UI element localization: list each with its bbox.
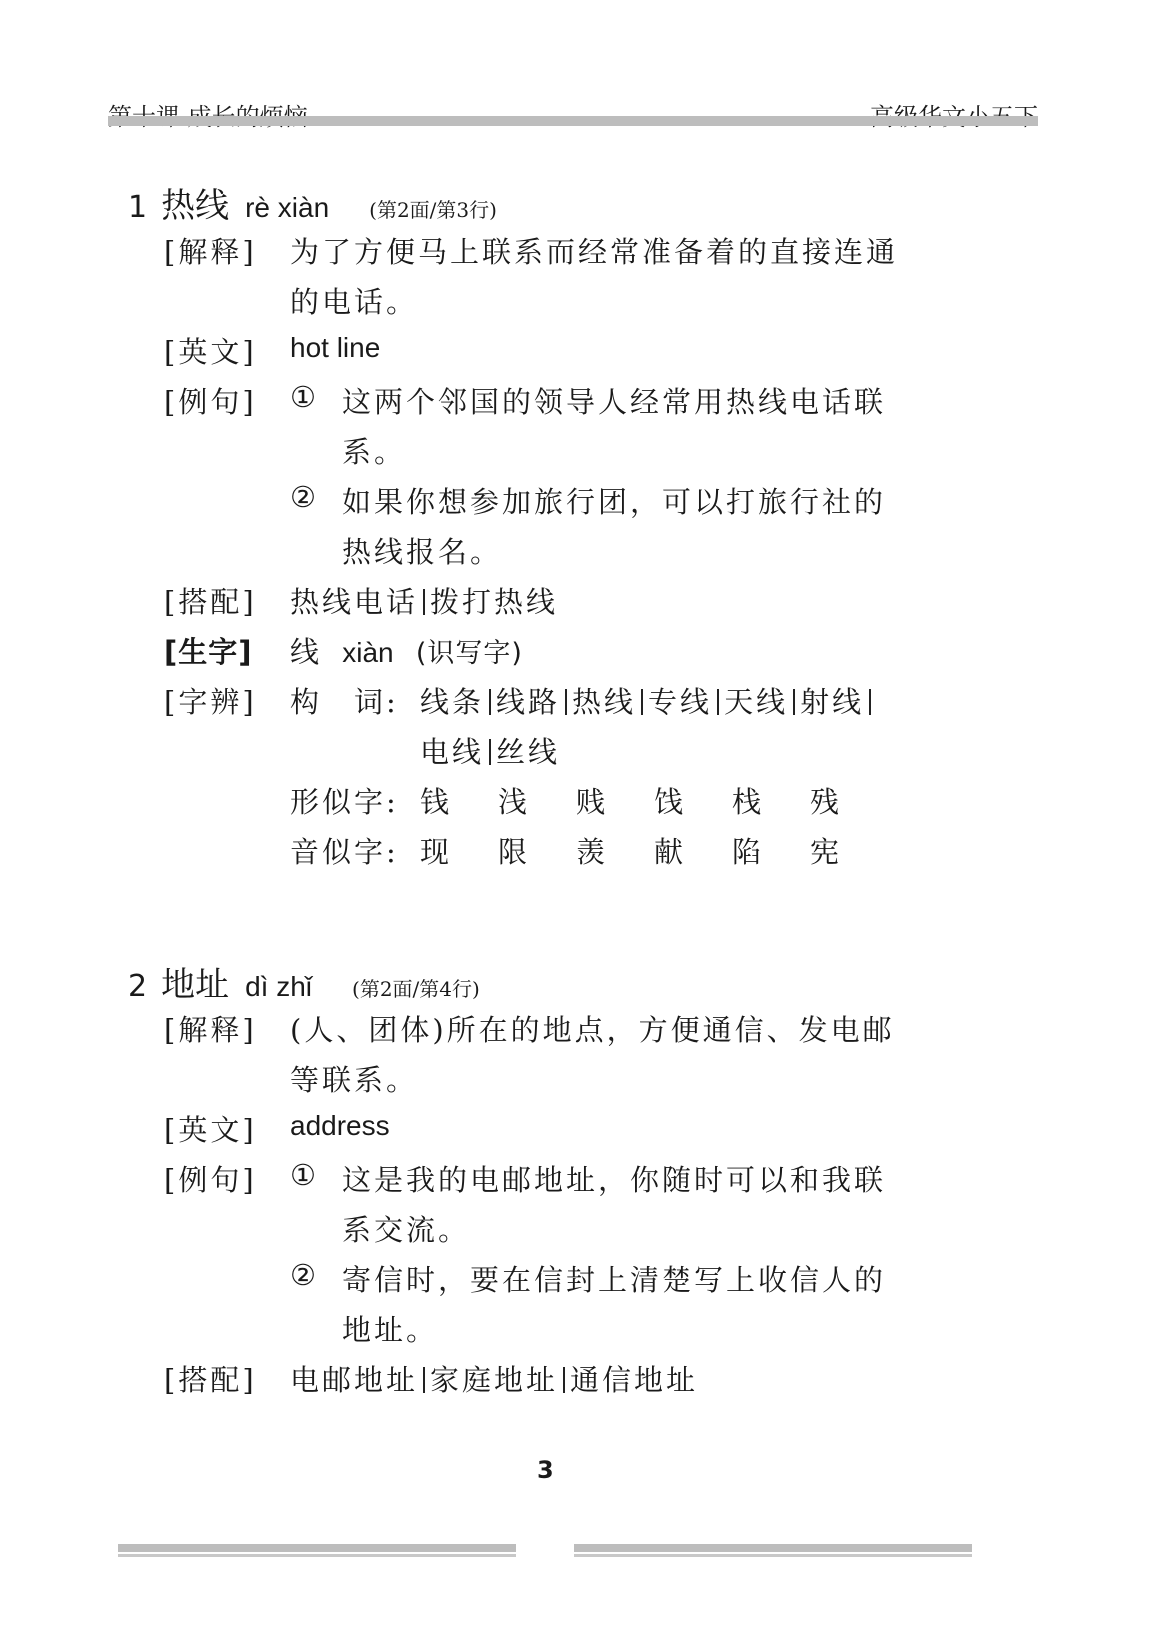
explanation-text: 等联系。 (290, 1058, 418, 1099)
example-marker: ② (290, 480, 319, 514)
example-marker: ① (290, 1158, 319, 1192)
similar-sound-char: 宪 (810, 830, 888, 871)
entry-title: 2地址dì zhǐ(第2面/第4行) (128, 957, 480, 1006)
example-sentence: 系。 (342, 430, 406, 471)
explanation-text: 的电话。 (290, 280, 418, 321)
word-building-item: 电线 (420, 735, 484, 769)
entry-reference: (第2面/第3行) (369, 198, 497, 222)
similar-shape-char: 残 (810, 780, 888, 821)
lesson-title: 第十课 成长的烦恼 (108, 97, 308, 132)
similar-sound-char: 限 (498, 830, 576, 871)
separator (565, 689, 567, 715)
example-sentence: 这是我的电邮地址，你随时可以和我联 (342, 1158, 886, 1199)
explanation-text: (人、团体)所在的地点，方便通信、发电邮 (290, 1008, 895, 1049)
examples-label: [例句] (164, 1158, 257, 1199)
example-marker: ② (290, 1258, 319, 1292)
similar-shape-char: 贱 (576, 780, 654, 821)
separator (641, 689, 643, 715)
word-building-item: 丝线 (496, 735, 560, 769)
entry-number: 1 (128, 190, 147, 225)
collocation-label: [搭配] (164, 580, 257, 621)
collocation-list: 电邮地址家庭地址通信地址 (290, 1358, 698, 1399)
similar-shape-char: 饯 (654, 780, 732, 821)
separator (489, 739, 491, 765)
separator (717, 689, 719, 715)
examples-label: [例句] (164, 380, 257, 421)
entry-reference: (第2面/第4行) (352, 977, 480, 1001)
collocation-list: 热线电话拨打热线 (290, 580, 558, 621)
similar-shape-list: 钱浅贱饯栈残 (420, 780, 888, 821)
entry-title: 1热线rè xiàn(第2面/第3行) (128, 178, 497, 227)
explanation-label: [解释] (164, 1008, 257, 1049)
explanation-text: 为了方便马上联系而经常准备着的直接连通 (290, 230, 898, 271)
entry-number: 2 (128, 969, 147, 1004)
separator (793, 689, 795, 715)
new-char-label: [生字] (164, 630, 253, 671)
separator (489, 689, 491, 715)
entry-word: 热线 (161, 186, 229, 226)
example-sentence: 寄信时，要在信封上清楚写上收信人的 (342, 1258, 886, 1299)
separator (869, 689, 871, 715)
header-rule (108, 116, 1038, 126)
similar-sound-char: 陷 (732, 830, 810, 871)
separator (423, 589, 425, 615)
word-building-item: 线条 (420, 685, 484, 719)
english-text: hot line (290, 332, 380, 364)
collocation-item: 热线电话 (290, 585, 418, 619)
example-sentence: 这两个邻国的领导人经常用热线电话联 (342, 380, 886, 421)
entry-word: 地址 (161, 965, 229, 1005)
example-marker: ① (290, 380, 319, 414)
word-building-item: 天线 (724, 685, 788, 719)
footer-rule-right (574, 1544, 972, 1552)
example-sentence: 如果你想参加旅行团，可以打旅行社的 (342, 480, 886, 521)
example-sentence: 系交流。 (342, 1208, 470, 1249)
similar-sound-char: 献 (654, 830, 732, 871)
entry-pinyin: rè xiàn (245, 192, 329, 223)
word-building-list: 线条线路热线专线天线射线 (420, 680, 876, 721)
word-building-item: 线路 (496, 685, 560, 719)
book-title: 高级华文小五下 (870, 97, 1038, 132)
collocation-item: 拨打热线 (430, 585, 558, 619)
entry-pinyin: dì zhǐ (245, 971, 312, 1002)
word-building-item: 射线 (800, 685, 864, 719)
english-text: address (290, 1110, 390, 1142)
new-char-note: (识写字) (416, 638, 523, 669)
word-building-list-cont: 电线丝线 (420, 730, 560, 771)
similar-shape-char: 浅 (498, 780, 576, 821)
explanation-label: [解释] (164, 230, 257, 271)
collocation-item: 家庭地址 (430, 1363, 558, 1397)
separator (423, 1367, 425, 1393)
word-building-item: 专线 (648, 685, 712, 719)
new-char-pinyin: xiàn (342, 637, 393, 668)
similar-sound-char: 羡 (576, 830, 654, 871)
separator (563, 1367, 565, 1393)
page-number: 3 (537, 1456, 554, 1484)
new-char-row: 线 xiàn (识写字) (290, 630, 523, 671)
collocation-item: 电邮地址 (290, 1363, 418, 1397)
collocation-item: 通信地址 (570, 1363, 698, 1397)
word-building-item: 热线 (572, 685, 636, 719)
word-building-label: 构 词: (290, 680, 399, 721)
footer-rule-left (118, 1544, 516, 1552)
similar-sound-char: 现 (420, 830, 498, 871)
similar-shape-label: 形似字: (290, 780, 399, 821)
similar-sound-list: 现限羡献陷宪 (420, 830, 888, 871)
english-label: [英文] (164, 1108, 257, 1149)
example-sentence: 热线报名。 (342, 530, 502, 571)
example-sentence: 地址。 (342, 1308, 438, 1349)
new-char: 线 (290, 635, 320, 669)
similar-shape-char: 栈 (732, 780, 810, 821)
english-label: [英文] (164, 330, 257, 371)
distinguish-label: [字辨] (164, 680, 257, 721)
similar-shape-char: 钱 (420, 780, 498, 821)
collocation-label: [搭配] (164, 1358, 257, 1399)
similar-sound-label: 音似字: (290, 830, 399, 871)
